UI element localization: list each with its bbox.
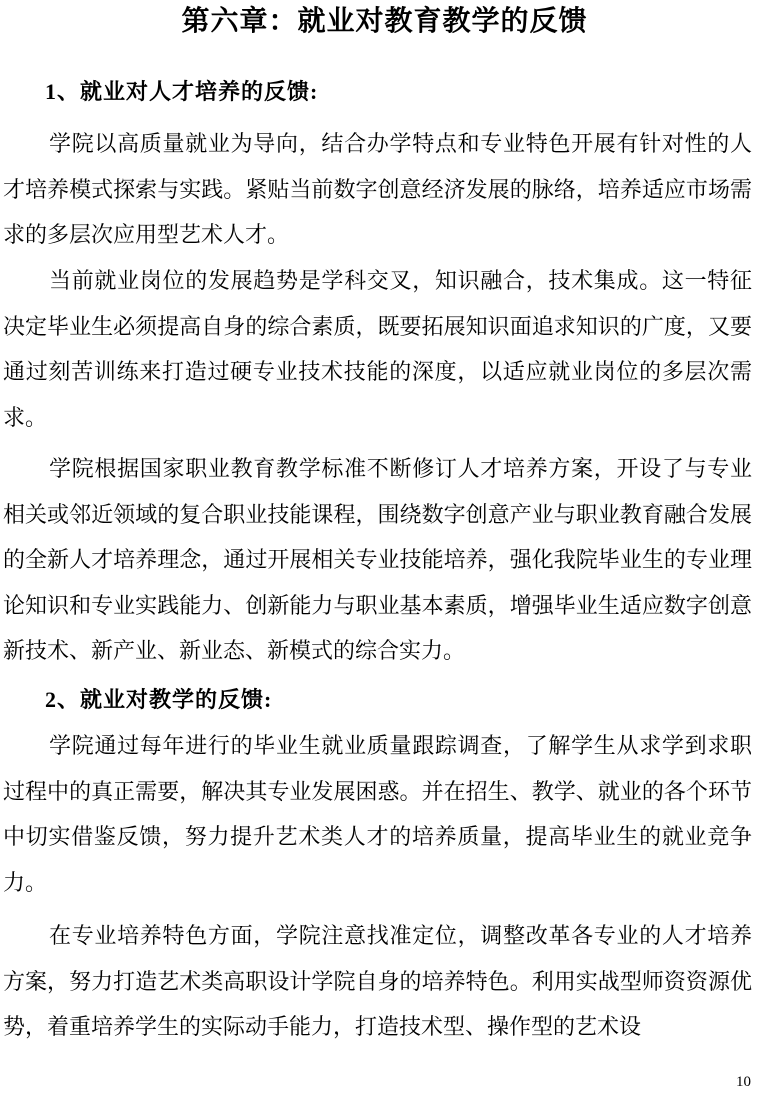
- page-title: 第六章：就业对教育教学的反馈: [0, 5, 769, 39]
- section-1-paragraph-1: 学院以高质量就业为导向，结合办学特点和专业特色开展有针对性的人才培养模式探索与实…: [3, 121, 752, 258]
- section-2-paragraph-1: 学院通过每年进行的毕业生就业质量跟踪调查，了解学生从求学到求职过程中的真正需要，…: [3, 723, 752, 905]
- document-page: 第六章：就业对教育教学的反馈 1、就业对人才培养的反馈: 学院以高质量就业为导向…: [0, 0, 769, 1102]
- section-2-paragraph-2: 在专业培养特色方面，学院注意找准定位，调整改革各专业的人才培养方案，努力打造艺术…: [3, 913, 752, 1050]
- section-1-heading: 1、就业对人才培养的反馈:: [45, 78, 318, 106]
- section-1-paragraph-3: 学院根据国家职业教育教学标准不断修订人才培养方案，开设了与专业相关或邻近领域的复…: [3, 446, 752, 674]
- section-2-heading: 2、就业对教学的反馈:: [45, 686, 272, 714]
- section-1-paragraph-2: 当前就业岗位的发展趋势是学科交叉，知识融合，技术集成。这一特征决定毕业生必须提高…: [3, 258, 752, 440]
- page-number: 10: [736, 1073, 751, 1091]
